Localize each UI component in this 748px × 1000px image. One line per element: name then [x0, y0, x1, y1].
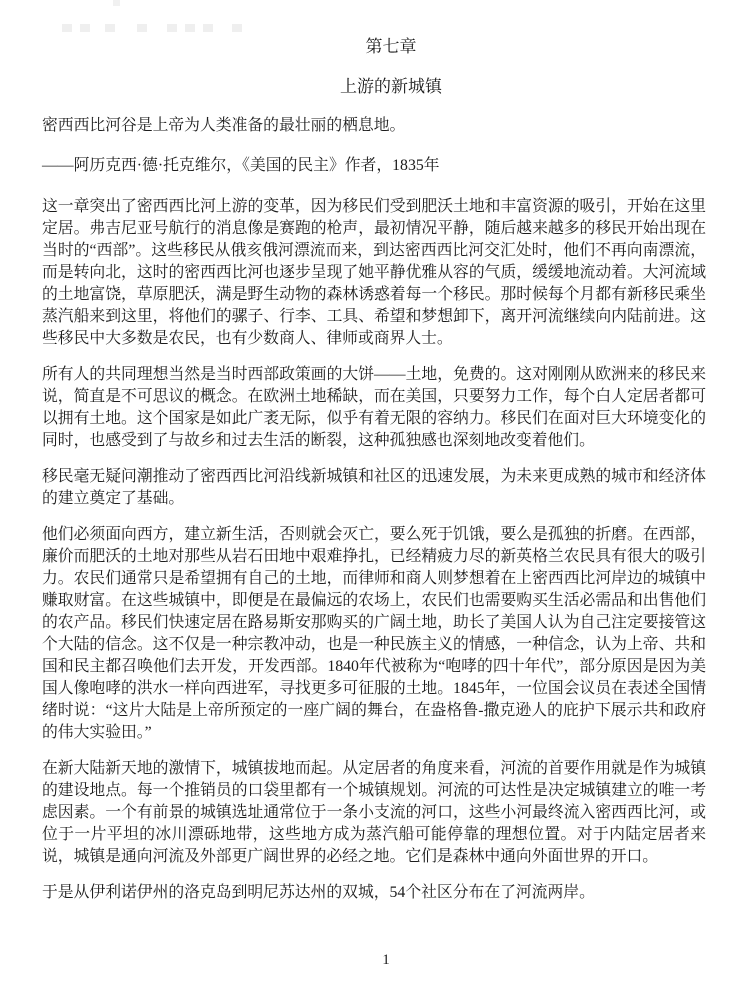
body-paragraph: 他们必须面向西方，建立新生活，否则就会灭亡，要么死于饥饿，要么是孤独的折磨。在西…	[42, 524, 706, 744]
page-number: 1	[12, 949, 748, 971]
faded-text-remnant	[80, 24, 90, 32]
document-page: 第七章 上游的新城镇 密西西比河谷是上帝为人类准备的最壮丽的栖息地。 ——阿历克…	[0, 0, 748, 1000]
body-paragraph: 在新大陆新天地的激情下，城镇拔地而起。从定居者的角度来看，河流的首要作用就是作为…	[42, 758, 706, 868]
faded-text-remnant	[185, 24, 195, 32]
faded-text-remnant	[167, 24, 177, 32]
body-paragraph: 于是从伊利诺伊州的洛克岛到明尼苏达州的双城，54个社区分布在了河流两岸。	[42, 882, 706, 904]
epigraph-attribution: ——阿历克西·德·托克维尔，《美国的民主》作者，1835年	[42, 155, 706, 177]
faded-text-remnant	[137, 24, 147, 32]
epigraph-quote: 密西西比河谷是上帝为人类准备的最壮丽的栖息地。	[42, 115, 706, 137]
chapter-number: 第七章	[59, 36, 723, 58]
body-paragraph: 移民毫无疑问潮推动了密西西比河沿线新城镇和社区的迅速发展，为未来更成熟的城市和经…	[42, 466, 706, 510]
faded-text-remnant	[62, 24, 72, 32]
faded-text-remnant	[105, 24, 115, 32]
body-paragraph: 这一章突出了密西西比河上游的变革，因为移民们受到肥沃土地和丰富资源的吸引，开始在…	[42, 196, 706, 350]
faded-text-remnant	[203, 24, 213, 32]
faded-text-remnant	[113, 0, 120, 6]
body-paragraph: 所有人的共同理想当然是当时西部政策画的大饼——土地，免费的。这对刚刚从欧洲来的移…	[42, 364, 706, 452]
faded-text-remnant	[232, 24, 242, 32]
page-content: 第七章 上游的新城镇 密西西比河谷是上帝为人类准备的最壮丽的栖息地。 ——阿历克…	[0, 36, 748, 904]
chapter-title: 上游的新城镇	[59, 76, 723, 98]
